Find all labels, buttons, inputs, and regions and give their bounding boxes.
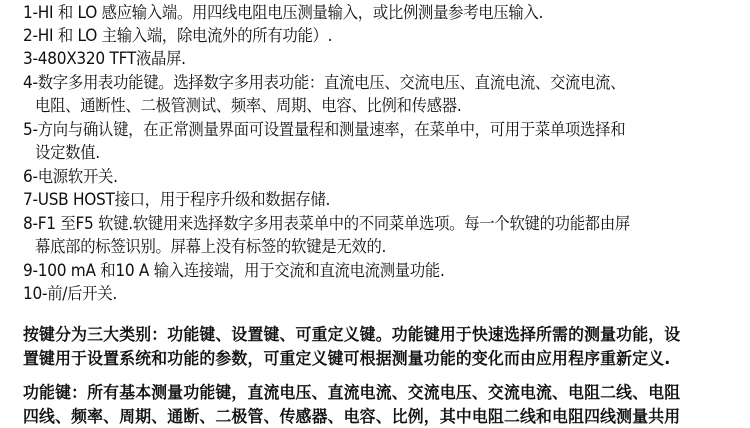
list-item-8: 8-F1 至F5 软键.软键用来选择数字多用表菜单中的不同菜单选项。每一个软键的…	[23, 213, 630, 235]
list-item-9: 9-100 mA 和10 A 输入连接端，用于交流和直流电流测量功能.	[23, 260, 445, 282]
key-categories-paragraph-line-1: 按键分为三大类别：功能键、设置键、可重定义键。功能键用于快速选择所需的测量功能，…	[23, 324, 680, 346]
list-item-4: 4-数字多用表功能键。选择数字多用表功能：直流电压、交流电压、直流电流、交流电流…	[23, 72, 625, 94]
list-item-5: 5-方向与确认键，在正常测量界面可设置量程和测量速率，在菜单中，可用于菜单项选择…	[23, 119, 625, 141]
list-item-4-continuation: 电阻、通断性、二极管测试、频率、周期、电容、比例和传感器.	[35, 95, 461, 117]
list-item-7: 7-USB HOST接口，用于程序升级和数据存储.	[23, 189, 330, 211]
function-keys-paragraph-line-2: 四线、频率、周期、通断、二极管、传感器、电容、比例，其中电阻二线和电阻四线测量共…	[23, 406, 680, 428]
key-categories-paragraph-line-2: 置键用于设置系统和功能的参数，可重定义键可根据测量功能的变化而由应用程序重新定义…	[23, 348, 670, 370]
list-item-5-continuation: 设定数值.	[35, 142, 100, 164]
function-keys-paragraph-line-1: 功能键：所有基本测量功能键，直流电压、直流电流、交流电压、交流电流、电阻二线、电…	[23, 382, 680, 404]
list-item-6: 6-电源软开关.	[23, 166, 118, 188]
list-item-8-continuation: 幕底部的标签识别。屏幕上没有标签的软键是无效的.	[35, 236, 386, 258]
list-item-1: 1-HI 和 LO 感应输入端。用四线电阻电压测量输入，或比例测量参考电压输入.	[23, 2, 543, 24]
list-item-2: 2-HI 和 LO 主输入端，除电流外的所有功能）.	[23, 25, 332, 47]
list-item-10: 10-前/后开关.	[23, 283, 117, 305]
list-item-3: 3-480X320 TFT液晶屏.	[23, 48, 186, 70]
